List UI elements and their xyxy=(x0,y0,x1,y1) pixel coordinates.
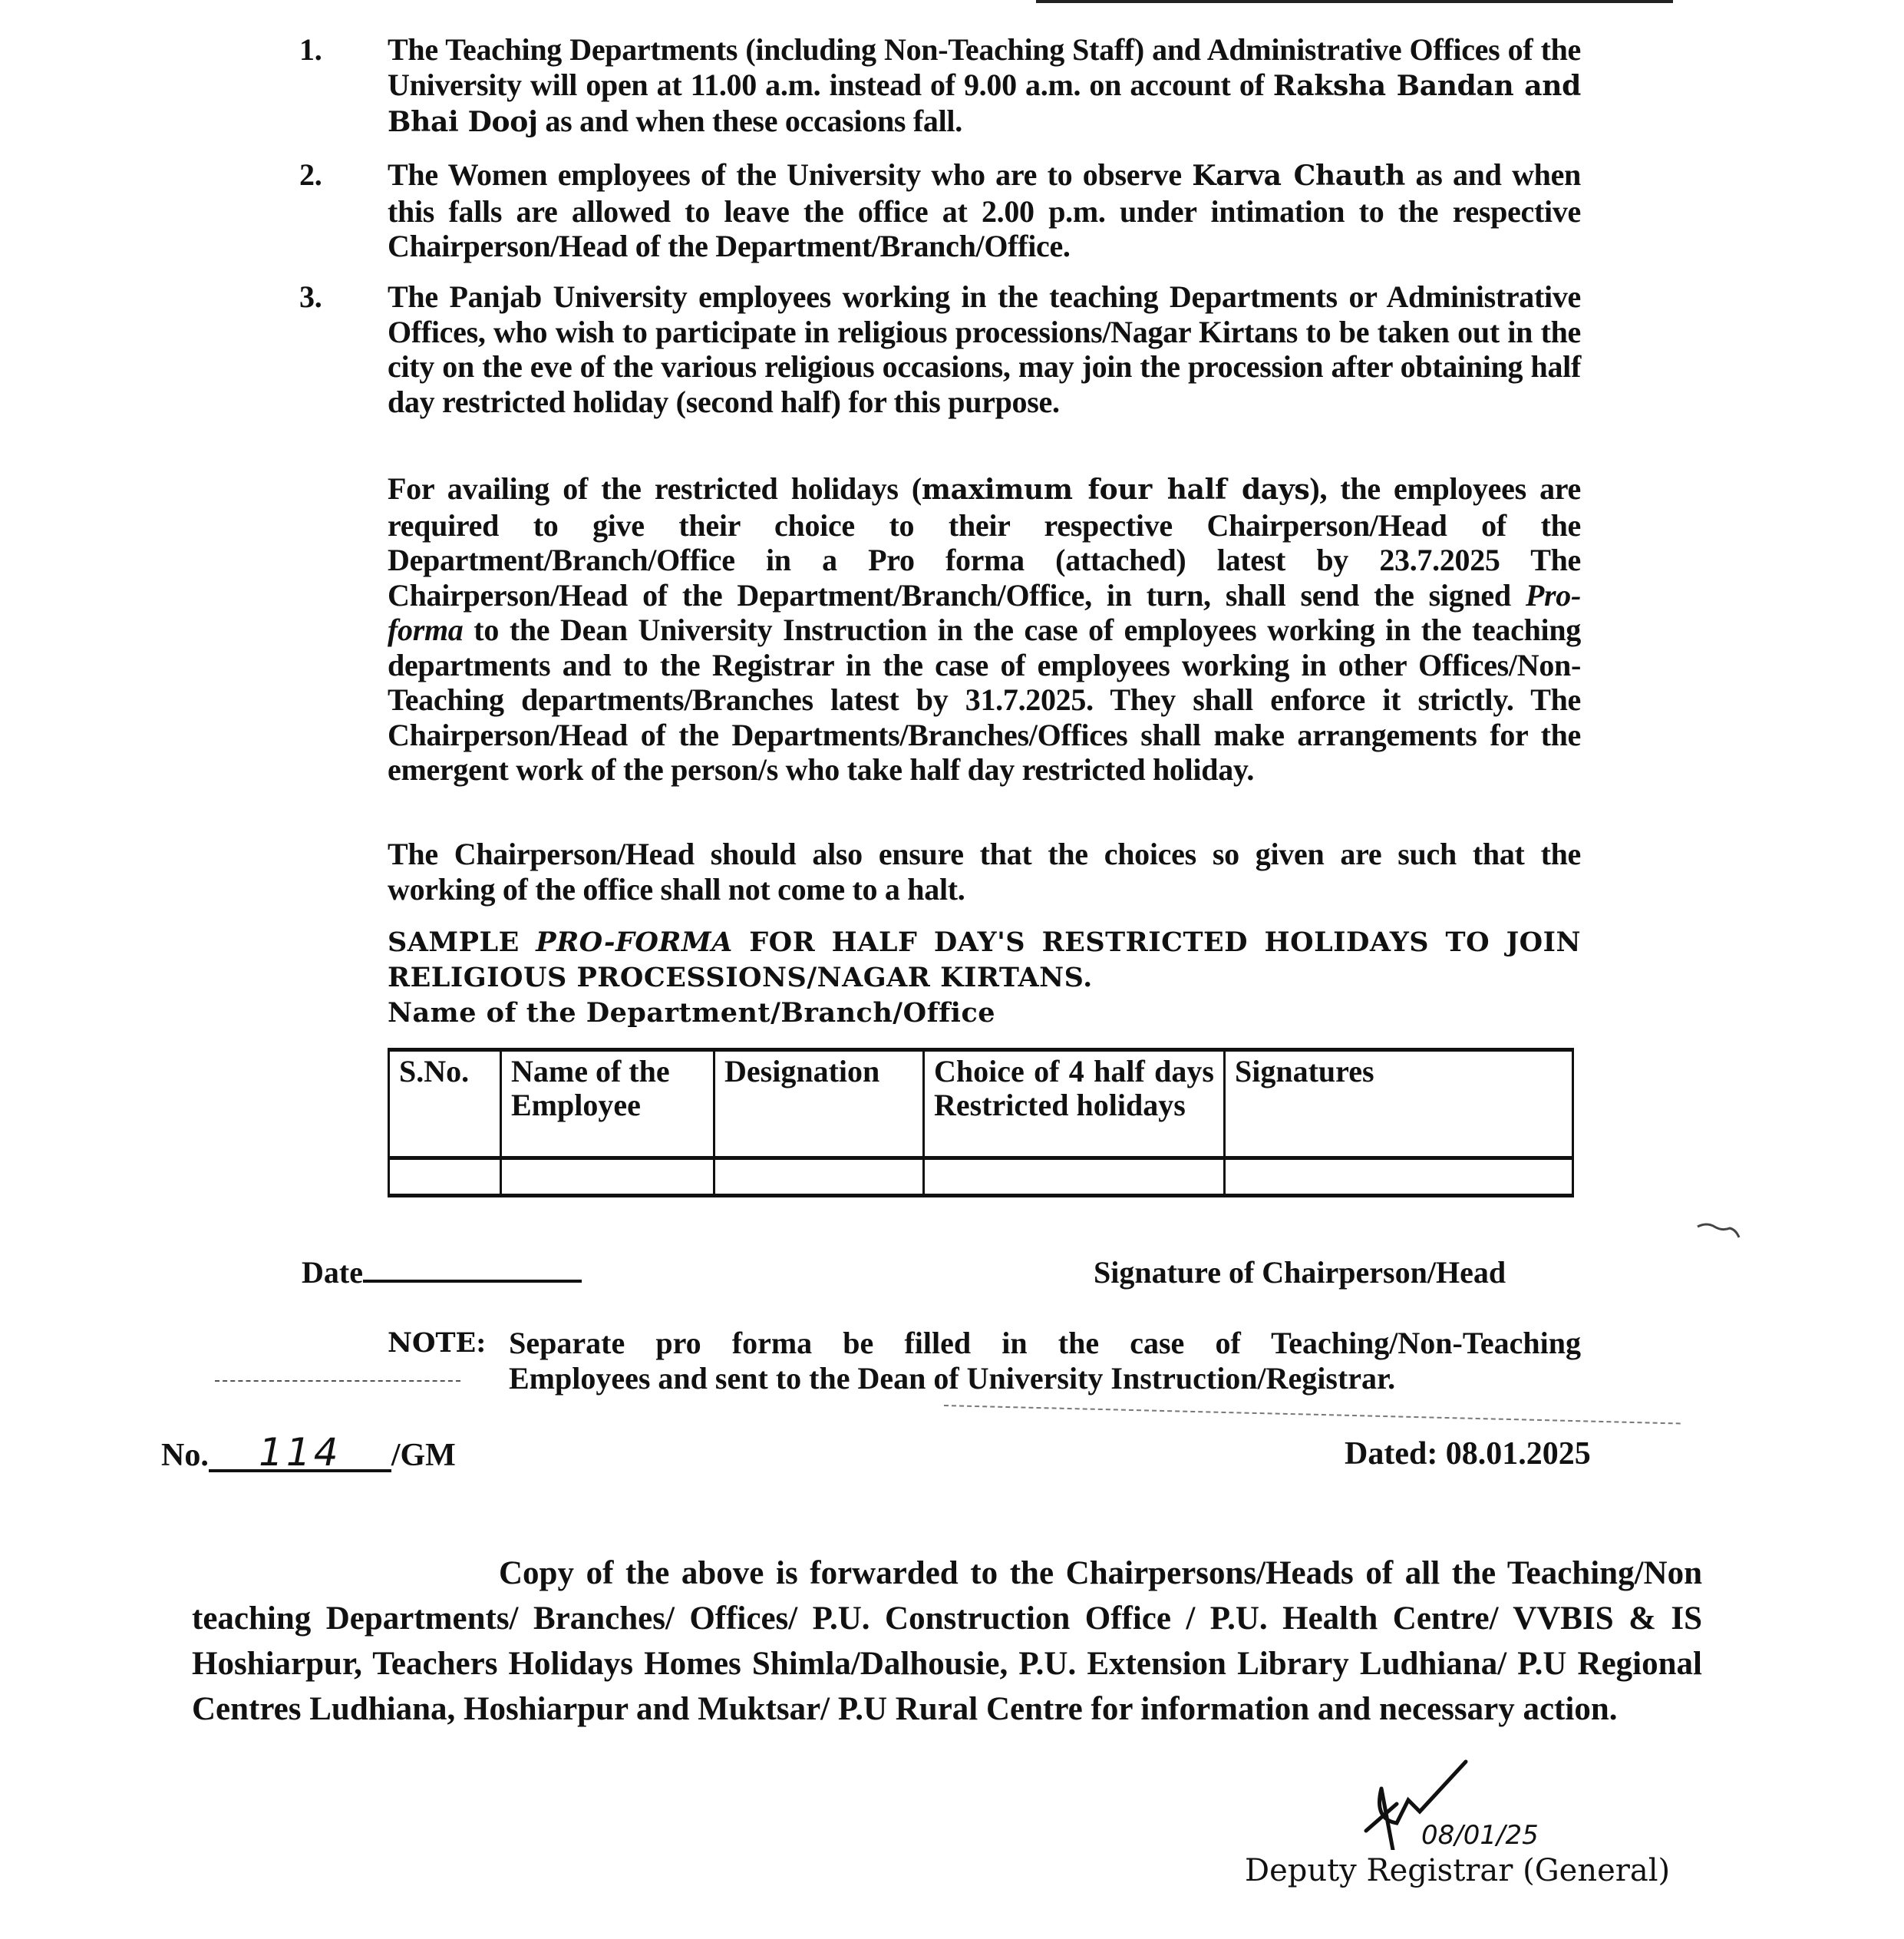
heading-part: SAMPLE xyxy=(388,927,536,958)
item-text: The Teaching Departments (including Non-… xyxy=(388,32,1581,140)
text-segment: The Women employees of the University wh… xyxy=(388,157,1192,192)
text-segment: as and when these occasions fall. xyxy=(538,104,962,138)
ref-prefix: No. xyxy=(161,1438,209,1473)
header-choice: Choice of 4 half days Restricted holiday… xyxy=(924,1050,1225,1158)
text-segment: For availing of the restricted holidays … xyxy=(388,471,922,506)
note-text-1: Separate pro forma be filled in the case… xyxy=(509,1326,1581,1361)
table-cell xyxy=(714,1158,924,1196)
signature-date: 08/01/25 xyxy=(1421,1820,1539,1850)
table-cell xyxy=(501,1158,714,1196)
top-rule xyxy=(1036,0,1673,3)
reference-number: No.114/GM xyxy=(161,1435,456,1474)
ref-suffix: /GM xyxy=(391,1438,456,1473)
header-employee-name: Name of the Employee xyxy=(501,1050,714,1158)
header-designation: Designation xyxy=(714,1050,924,1158)
proforma-table: S.No. Name of the Employee Designation C… xyxy=(388,1048,1574,1197)
ensure-paragraph: The Chairperson/Head should also ensure … xyxy=(388,837,1581,907)
note-label: NOTE: xyxy=(388,1326,486,1361)
item-number: 1. xyxy=(299,32,361,68)
date-label: Date xyxy=(302,1255,363,1290)
date-field: Date xyxy=(302,1254,582,1290)
heading-italic-part: PRO-FORMA xyxy=(536,927,733,958)
scan-mark-icon xyxy=(1696,1221,1742,1244)
text-segment: The Panjab University employees working … xyxy=(388,279,1581,419)
header-sno: S.No. xyxy=(389,1050,501,1158)
table-row xyxy=(389,1158,1573,1196)
note: NOTE: Separate pro forma be filled in th… xyxy=(388,1326,1581,1396)
item-text: The Women employees of the University wh… xyxy=(388,157,1581,264)
dated: Dated: 08.01.2025 xyxy=(1345,1435,1591,1472)
table-cell xyxy=(924,1158,1225,1196)
item-number: 2. xyxy=(299,157,361,193)
scan-artifact-dash xyxy=(215,1380,460,1382)
item-text: The Panjab University employees working … xyxy=(388,279,1581,419)
note-line-2: Employees and sent to the Dean of Univer… xyxy=(388,1361,1581,1396)
availing-paragraph: For availing of the restricted holidays … xyxy=(388,471,1581,788)
proforma-subheading: Name of the Department/Branch/Office xyxy=(388,996,1581,1031)
text-segment: maximum four half days xyxy=(922,474,1310,506)
table-header-row: S.No. Name of the Employee Designation C… xyxy=(389,1050,1573,1158)
scan-artifact-dash xyxy=(944,1405,1681,1424)
table-cell xyxy=(389,1158,501,1196)
text-segment: Karva Chauth xyxy=(1192,160,1405,192)
chairperson-signature-label: Signature of Chairperson/Head xyxy=(1094,1254,1506,1290)
ref-handwritten-number: 114 xyxy=(209,1435,391,1472)
signatory-designation: Deputy Registrar (General) xyxy=(1245,1853,1670,1888)
header-signatures: Signatures xyxy=(1225,1050,1573,1158)
date-blank-line xyxy=(363,1257,582,1283)
copy-forwarded-paragraph: Copy of the above is forwarded to the Ch… xyxy=(192,1551,1702,1732)
text-segment: to the Dean University Instruction in th… xyxy=(388,613,1581,787)
item-number: 3. xyxy=(299,279,361,315)
table-cell xyxy=(1225,1158,1573,1196)
handwritten-signature-icon: 08/01/25 xyxy=(1351,1758,1627,1850)
note-line-1: NOTE: Separate pro forma be filled in th… xyxy=(388,1326,1581,1361)
proforma-heading: SAMPLE PRO-FORMA FOR HALF DAY'S RESTRICT… xyxy=(388,925,1581,996)
